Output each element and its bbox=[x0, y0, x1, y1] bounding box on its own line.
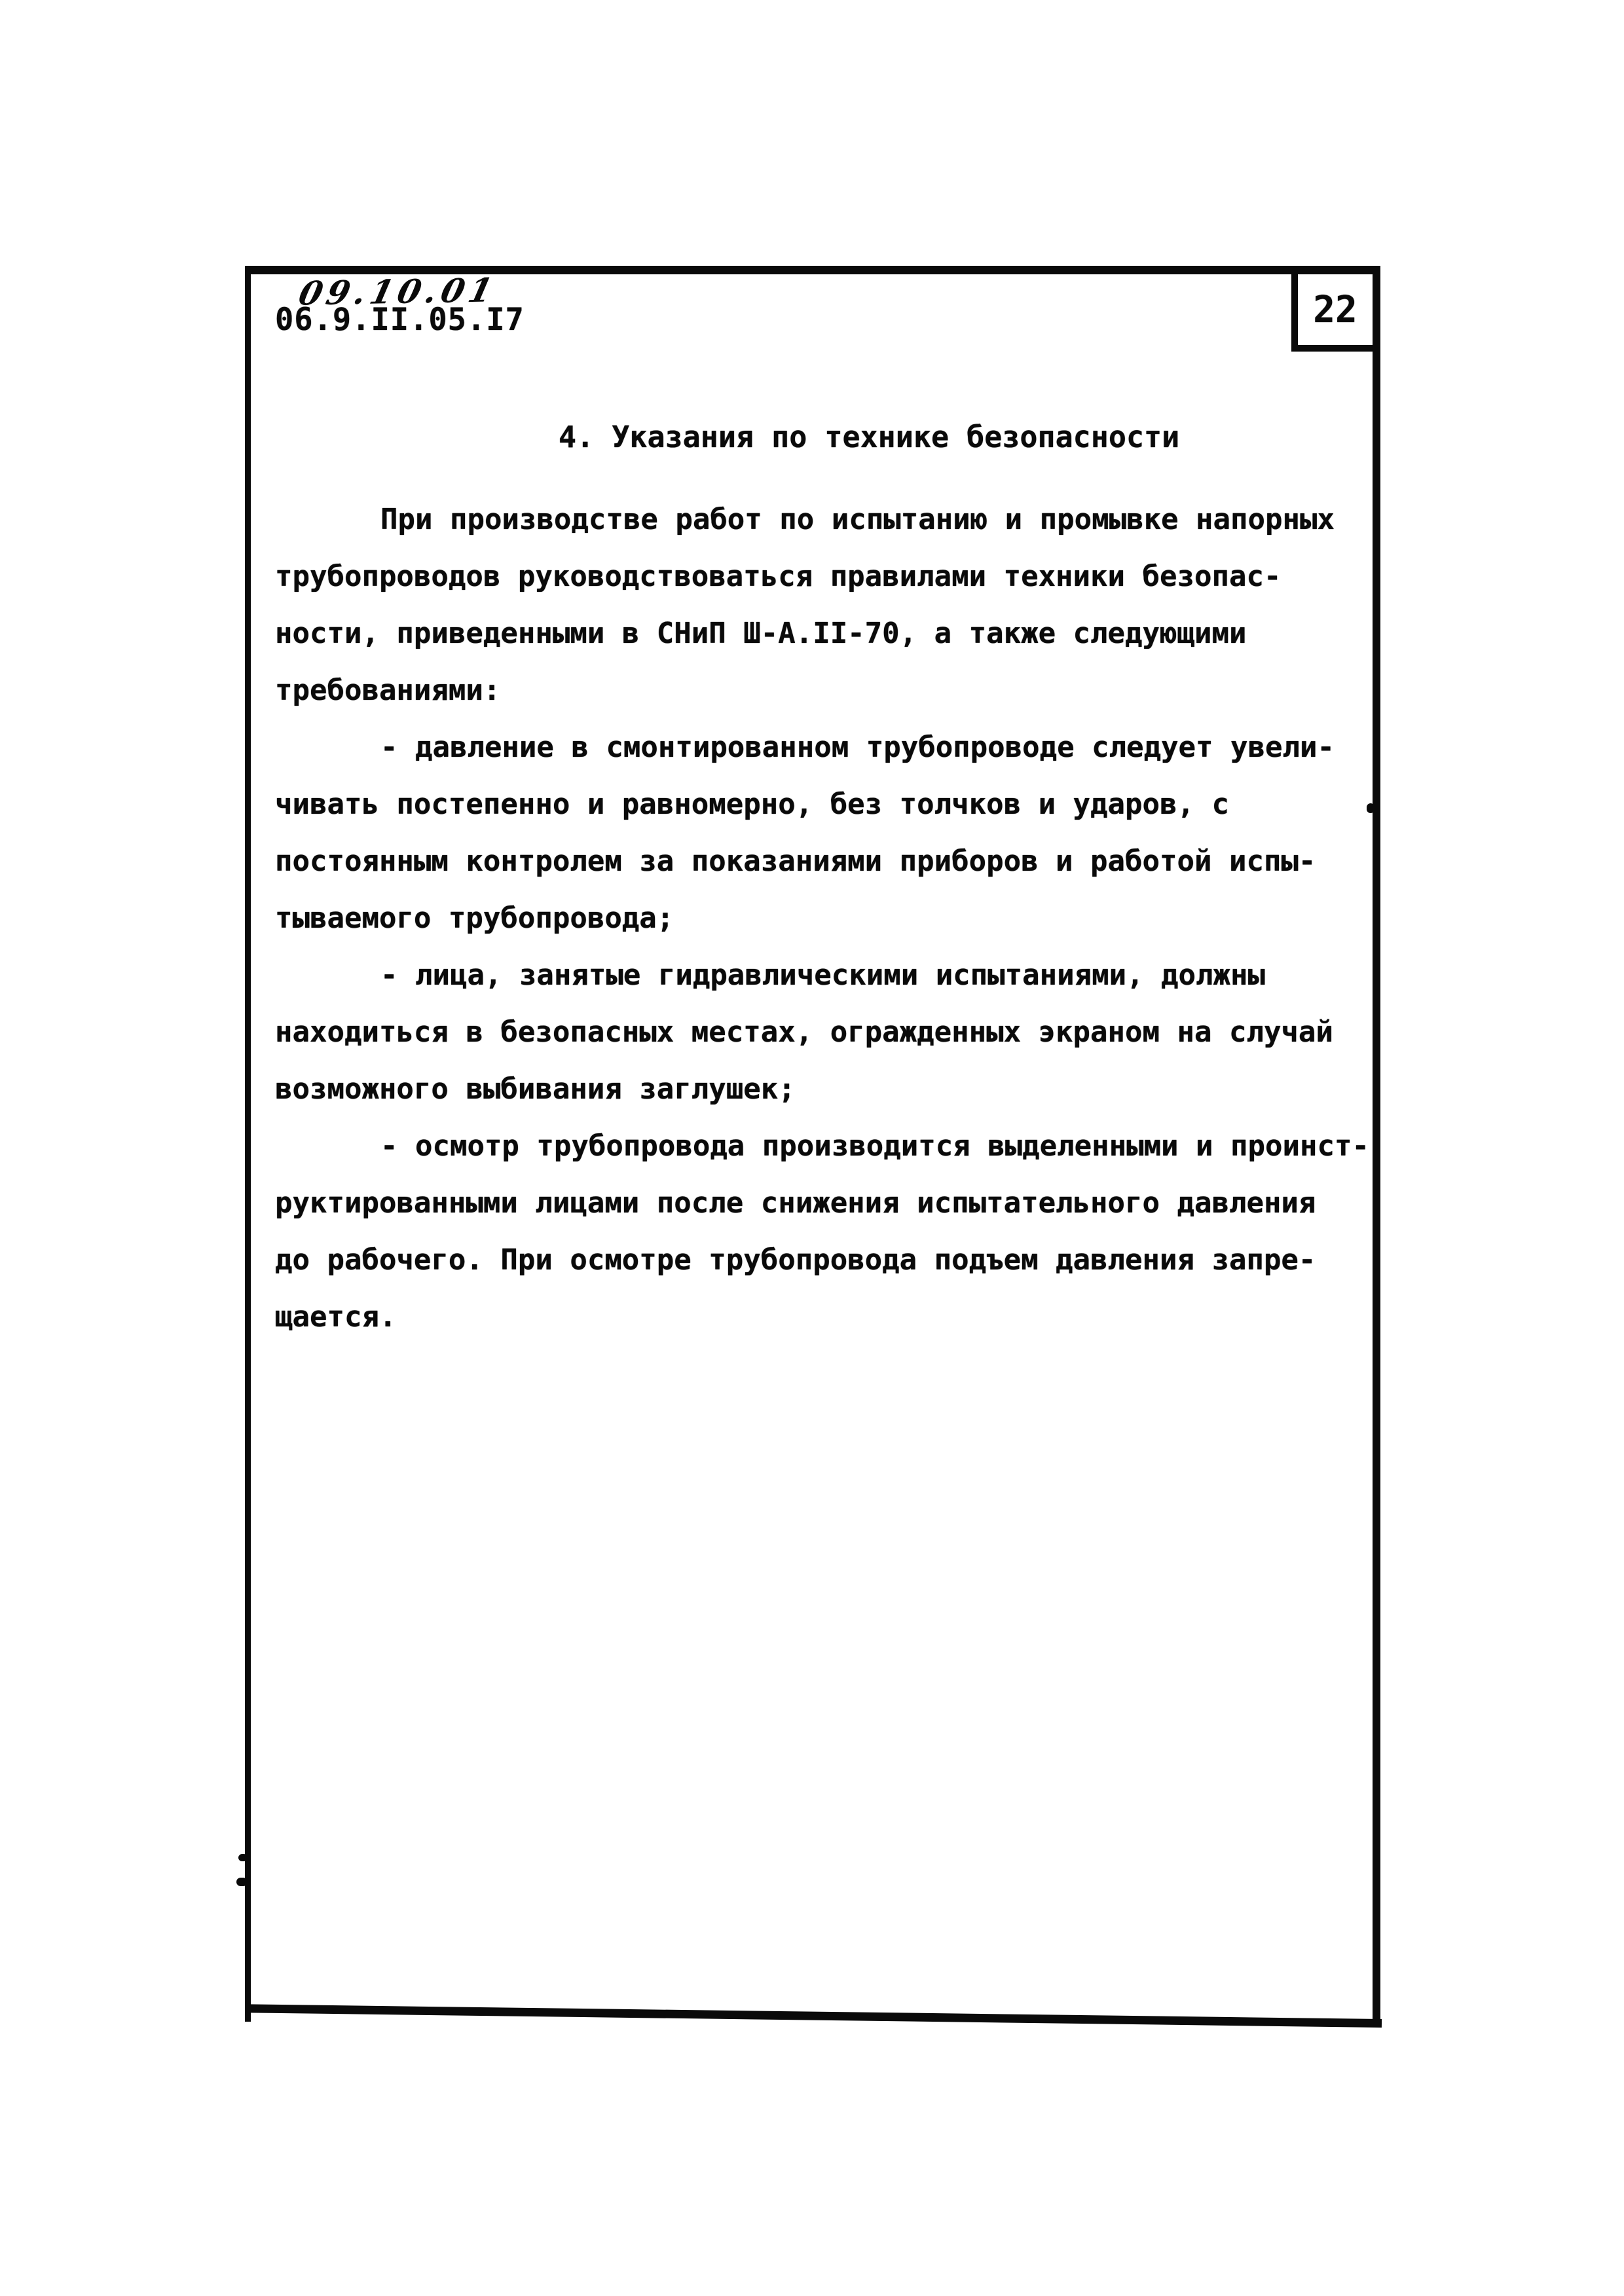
text-line: ности, приведенными в СНиП Ш-А.II-70, а … bbox=[275, 605, 1362, 662]
text-line: При производстве работ по испытанию и пр… bbox=[275, 491, 1362, 548]
text-line: чивать постепенно и равномерно, без толч… bbox=[275, 776, 1362, 833]
scanned-document-page: 09.10.01 06.9.II.05.I7 22 4. Указания по… bbox=[0, 0, 1624, 2296]
text-line: - давление в смонтированном трубопроводе… bbox=[275, 719, 1362, 776]
text-line: щается. bbox=[275, 1288, 1362, 1345]
scan-artifact bbox=[1367, 803, 1375, 813]
text-line: - осмотр трубопровода производится выдел… bbox=[275, 1118, 1362, 1175]
text-line: возможного выбивания заглушек; bbox=[275, 1061, 1362, 1118]
page-number-box: 22 bbox=[1291, 266, 1380, 352]
text-line: тываемого трубопровода; bbox=[275, 890, 1362, 947]
text-line: трубопроводов руководствоваться правилам… bbox=[275, 548, 1362, 605]
scan-artifact bbox=[236, 1878, 248, 1886]
text-line: до рабочего. При осмотре трубопровода по… bbox=[275, 1231, 1362, 1288]
page-number: 22 bbox=[1313, 289, 1357, 331]
section-title: 4. Указания по технике безопасности bbox=[559, 422, 1179, 452]
body-text: При производстве работ по испытанию и пр… bbox=[275, 491, 1362, 1345]
text-line: постоянным контролем за показаниями приб… bbox=[275, 833, 1362, 890]
document-code: 06.9.II.05.I7 bbox=[275, 302, 525, 338]
text-line: руктированными лицами после снижения исп… bbox=[275, 1175, 1362, 1231]
text-line: - лица, занятые гидравлическими испытани… bbox=[275, 947, 1362, 1004]
text-line: требованиями: bbox=[275, 662, 1362, 719]
scan-artifact bbox=[238, 1854, 248, 1861]
text-line: находиться в безопасных местах, огражден… bbox=[275, 1004, 1362, 1061]
